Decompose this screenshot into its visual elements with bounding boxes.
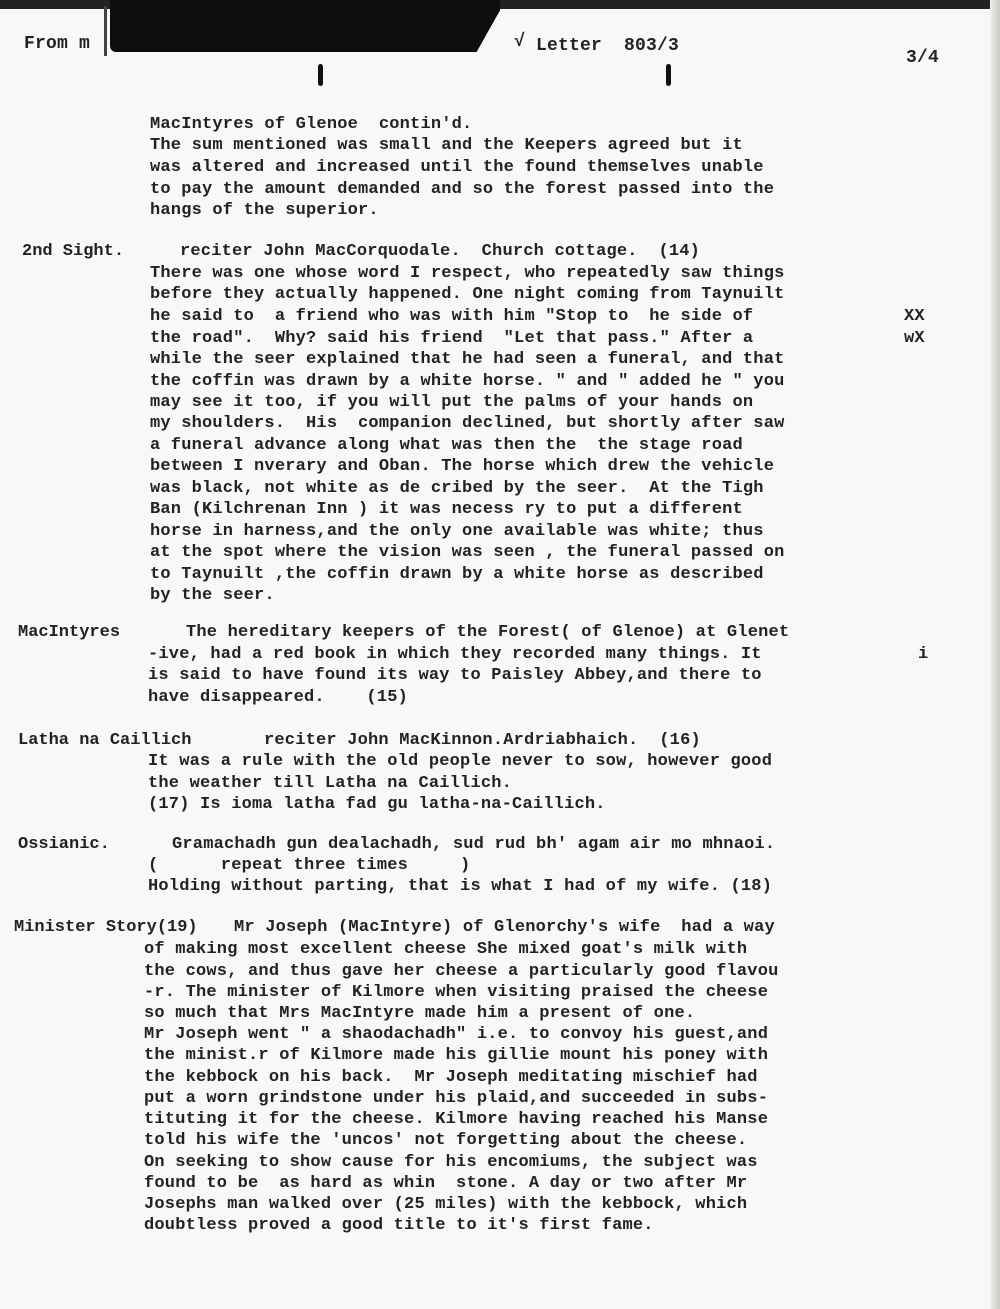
entry-line: reciter John MacKinnon.Ardriabhaich. (16… [264,730,701,751]
intro-heading: MacIntyres of Glenoe contin'd. [150,114,472,135]
entry-line: have disappeared. (15) [148,687,408,708]
redaction-edge [104,6,107,56]
entry-line: he said to a friend who was with him "St… [150,306,764,327]
punch-hole-mark-left [318,64,323,86]
entry-line: the weather till Latha na Caillich. [148,773,512,794]
entry-line: (17) Is iomа latha fad gu latha-na-Caill… [148,794,606,815]
entry-line: It was a rule with the old people never … [148,751,772,772]
entry-label-2nd-sight: 2nd Sight. [22,241,124,262]
entry-label-macintyres: MacIntyres [18,622,120,643]
entry-line: Gramachadh gun dealachadh, sud rud bh' a… [172,834,775,855]
entry-line: The hereditary keepers of the Forest( of… [186,622,789,643]
intro-line: The sum mentioned was small and the Keep… [150,135,743,156]
entry-label-latha-na-caillich: Latha na Caillich [18,730,191,751]
entry-line: -r. The minister of Kilmore when visitin… [144,982,768,1003]
entry-line: the minist.r of Kilmore made his gillie … [144,1045,768,1066]
entry-line: ( repeat three times ) [148,855,470,876]
entry-label-ossianic: Ossianic. [18,834,110,855]
entry-line: doubtless proved a good title to it's fi… [144,1215,654,1236]
entry-line: between I nverary and Oban. The horse wh… [150,456,774,477]
header-tick-mark: √ [514,32,525,53]
entry-line: There was one whose word I respect, who … [150,263,785,284]
intro-line: to pay the amount demanded and so the fo… [150,179,774,200]
header-letter-ref: Letter 803/3 [536,36,679,57]
entry-line: reciter John MacCorquodale. Church cotta… [180,241,700,262]
entry-label-minister-story: Minister Story(19) [14,917,198,938]
intro-line: hangs of the superior. [150,200,379,221]
redacted-region [110,0,500,52]
entry-line: found to be as hard as whin stone. A day… [144,1173,747,1194]
strikeout-mark: wX [904,328,925,349]
typewritten-letter-page: From m √ Letter 803/3 3/4 MacIntyres of … [0,0,1000,1309]
entry-line: at the spot where the vision was seen , … [150,542,785,563]
intro-line: was altered and increased until the foun… [150,157,764,178]
strikeout-mark: XX [904,306,925,327]
entry-line: may see it too, if you will put the palm… [150,392,753,413]
entry-line: Holding without parting, that is what I … [148,876,772,897]
entry-line: horse in harness,and the only one availa… [150,521,764,542]
entry-line: so much that Mrs MacIntyre made him a pr… [144,1003,695,1024]
entry-line: while the seer explained that he had see… [150,349,785,370]
entry-line: Mr Joseph (MacIntyre) of Glenorchy's wif… [234,917,775,938]
entry-line: told his wife the 'uncos' not forgetting… [144,1130,747,1151]
entry-line: Ban (Kilchrenan Inn ) it was necess ry t… [150,499,743,520]
entry-line: the road". Why? said his friend "Let tha… [150,328,764,349]
entry-line: -ive, had a red book in which they recor… [148,644,772,665]
entry-line: of making most excellent cheese She mixe… [144,939,747,960]
entry-line: a funeral advance along what was then th… [150,435,743,456]
scan-right-edge [990,0,1000,1309]
entry-line: Mr Joseph went " a shaodachadh" i.e. to … [144,1024,768,1045]
punch-hole-mark-right [666,64,671,86]
entry-line: my shoulders. His companion declined, bu… [150,413,785,434]
strikeout-mark: i [918,644,928,665]
entry-line: before they actually happened. One night… [150,284,785,305]
entry-line: tituting it for the cheese. Kilmore havi… [144,1109,768,1130]
entry-line: Josephs man walked over (25 miles) with … [144,1194,747,1215]
entry-line: the coffin was drawn by a white horse. "… [150,371,785,392]
entry-line: the cows, and thus gave her cheese a par… [144,961,779,982]
entry-line: was black, not white as de cribed by the… [150,478,764,499]
entry-line: by the seer. [150,585,275,606]
entry-line: On seeking to show cause for his encomiu… [144,1152,758,1173]
entry-line: is said to have found its way to Paisley… [148,665,762,686]
entry-line: put a worn grindstone under his plaid,an… [144,1088,768,1109]
header-from-label: From m [24,34,90,55]
header-page-number: 3/4 [906,48,939,69]
entry-line: to Taynuilt ,the coffin drawn by a white… [150,564,764,585]
entry-line: the kebbock on his back. Mr Joseph medit… [144,1067,758,1088]
